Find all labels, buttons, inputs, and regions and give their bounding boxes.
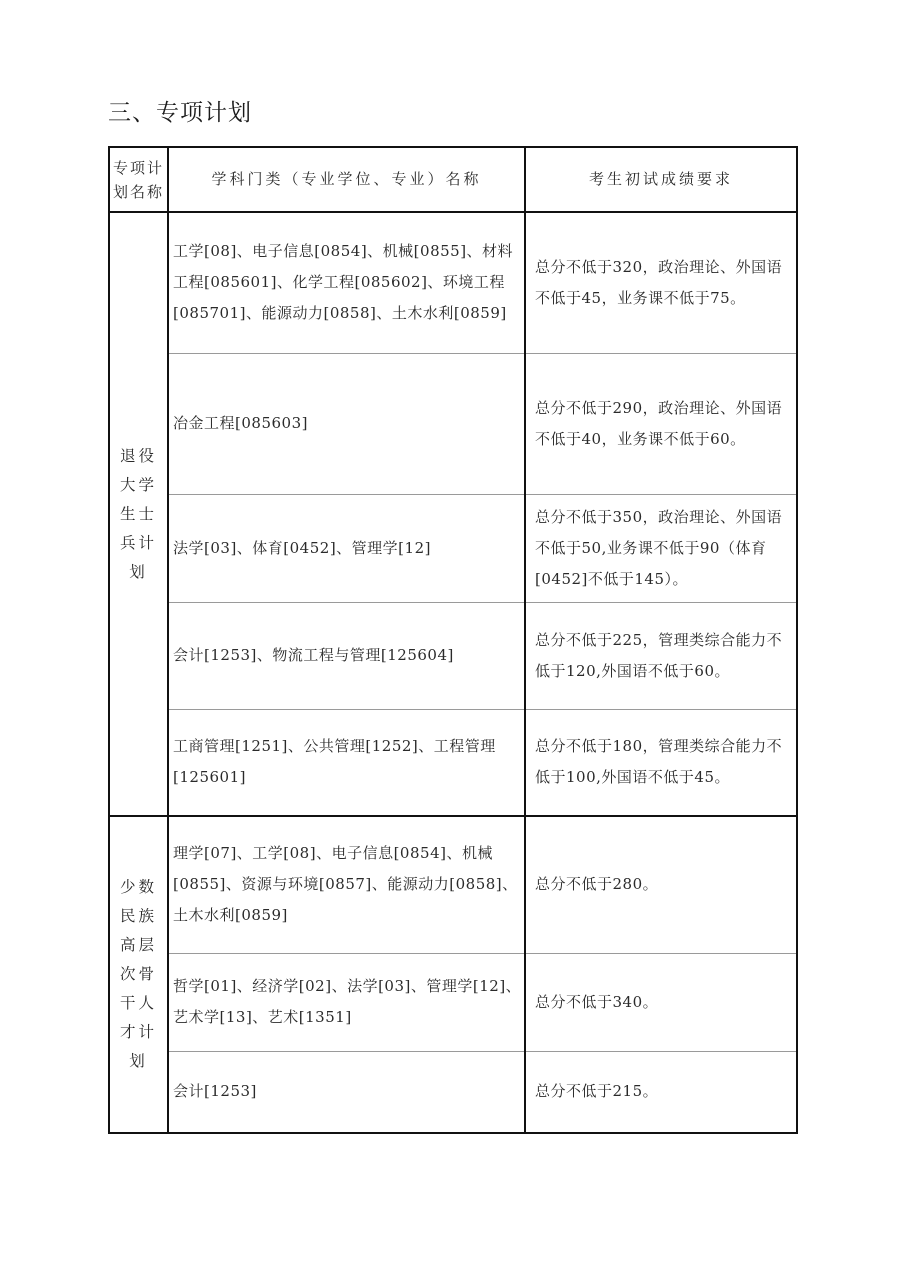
table-row: 哲学[01]、经济学[02]、法学[03]、管理学[12]、艺术学[13]、艺术… — [109, 953, 797, 1051]
table-row: 会计[1253]、物流工程与管理[125604] 总分不低于225，管理类综合能… — [109, 602, 797, 709]
subject-cell: 冶金工程[085603] — [168, 353, 525, 494]
table-row: 退役大学生士兵计划 工学[08]、电子信息[0854]、机械[0855]、材料工… — [109, 212, 797, 353]
requirement-cell: 总分不低于350，政治理论、外国语不低于50,业务课不低于90（体育[0452]… — [525, 494, 797, 602]
section-title: 三、专项计划 — [108, 94, 252, 127]
requirement-cell: 总分不低于225，管理类综合能力不低于120,外国语不低于60。 — [525, 602, 797, 709]
table-row: 会计[1253] 总分不低于215。 — [109, 1051, 797, 1133]
special-plan-table: 专项计划名称 学科门类（专业学位、专业）名称 考生初试成绩要求 退役大学生士兵计… — [108, 146, 798, 1134]
header-subject: 学科门类（专业学位、专业）名称 — [168, 147, 525, 212]
table-row: 工商管理[1251]、公共管理[1252]、工程管理[125601] 总分不低于… — [109, 709, 797, 816]
table-row: 法学[03]、体育[0452]、管理学[12] 总分不低于350，政治理论、外国… — [109, 494, 797, 602]
plan-name-veteran: 退役大学生士兵计划 — [109, 212, 168, 816]
subject-cell: 工学[08]、电子信息[0854]、机械[0855]、材料工程[085601]、… — [168, 212, 525, 353]
header-requirement: 考生初试成绩要求 — [525, 147, 797, 212]
subject-cell: 理学[07]、工学[08]、电子信息[0854]、机械[0855]、资源与环境[… — [168, 816, 525, 953]
requirement-cell: 总分不低于215。 — [525, 1051, 797, 1133]
table-header-row: 专项计划名称 学科门类（专业学位、专业）名称 考生初试成绩要求 — [109, 147, 797, 212]
requirement-cell: 总分不低于290，政治理论、外国语不低于40，业务课不低于60。 — [525, 353, 797, 494]
table-row: 冶金工程[085603] 总分不低于290，政治理论、外国语不低于40，业务课不… — [109, 353, 797, 494]
requirement-cell: 总分不低于280。 — [525, 816, 797, 953]
requirement-cell: 总分不低于340。 — [525, 953, 797, 1051]
requirement-cell: 总分不低于320，政治理论、外国语不低于45，业务课不低于75。 — [525, 212, 797, 353]
header-plan-name: 专项计划名称 — [109, 147, 168, 212]
subject-cell: 哲学[01]、经济学[02]、法学[03]、管理学[12]、艺术学[13]、艺术… — [168, 953, 525, 1051]
plan-name-minority: 少数民族高层次骨干人才计划 — [109, 816, 168, 1133]
requirement-cell: 总分不低于180，管理类综合能力不低于100,外国语不低于45。 — [525, 709, 797, 816]
subject-cell: 会计[1253]、物流工程与管理[125604] — [168, 602, 525, 709]
table-row: 少数民族高层次骨干人才计划 理学[07]、工学[08]、电子信息[0854]、机… — [109, 816, 797, 953]
subject-cell: 工商管理[1251]、公共管理[1252]、工程管理[125601] — [168, 709, 525, 816]
subject-cell: 会计[1253] — [168, 1051, 525, 1133]
subject-cell: 法学[03]、体育[0452]、管理学[12] — [168, 494, 525, 602]
